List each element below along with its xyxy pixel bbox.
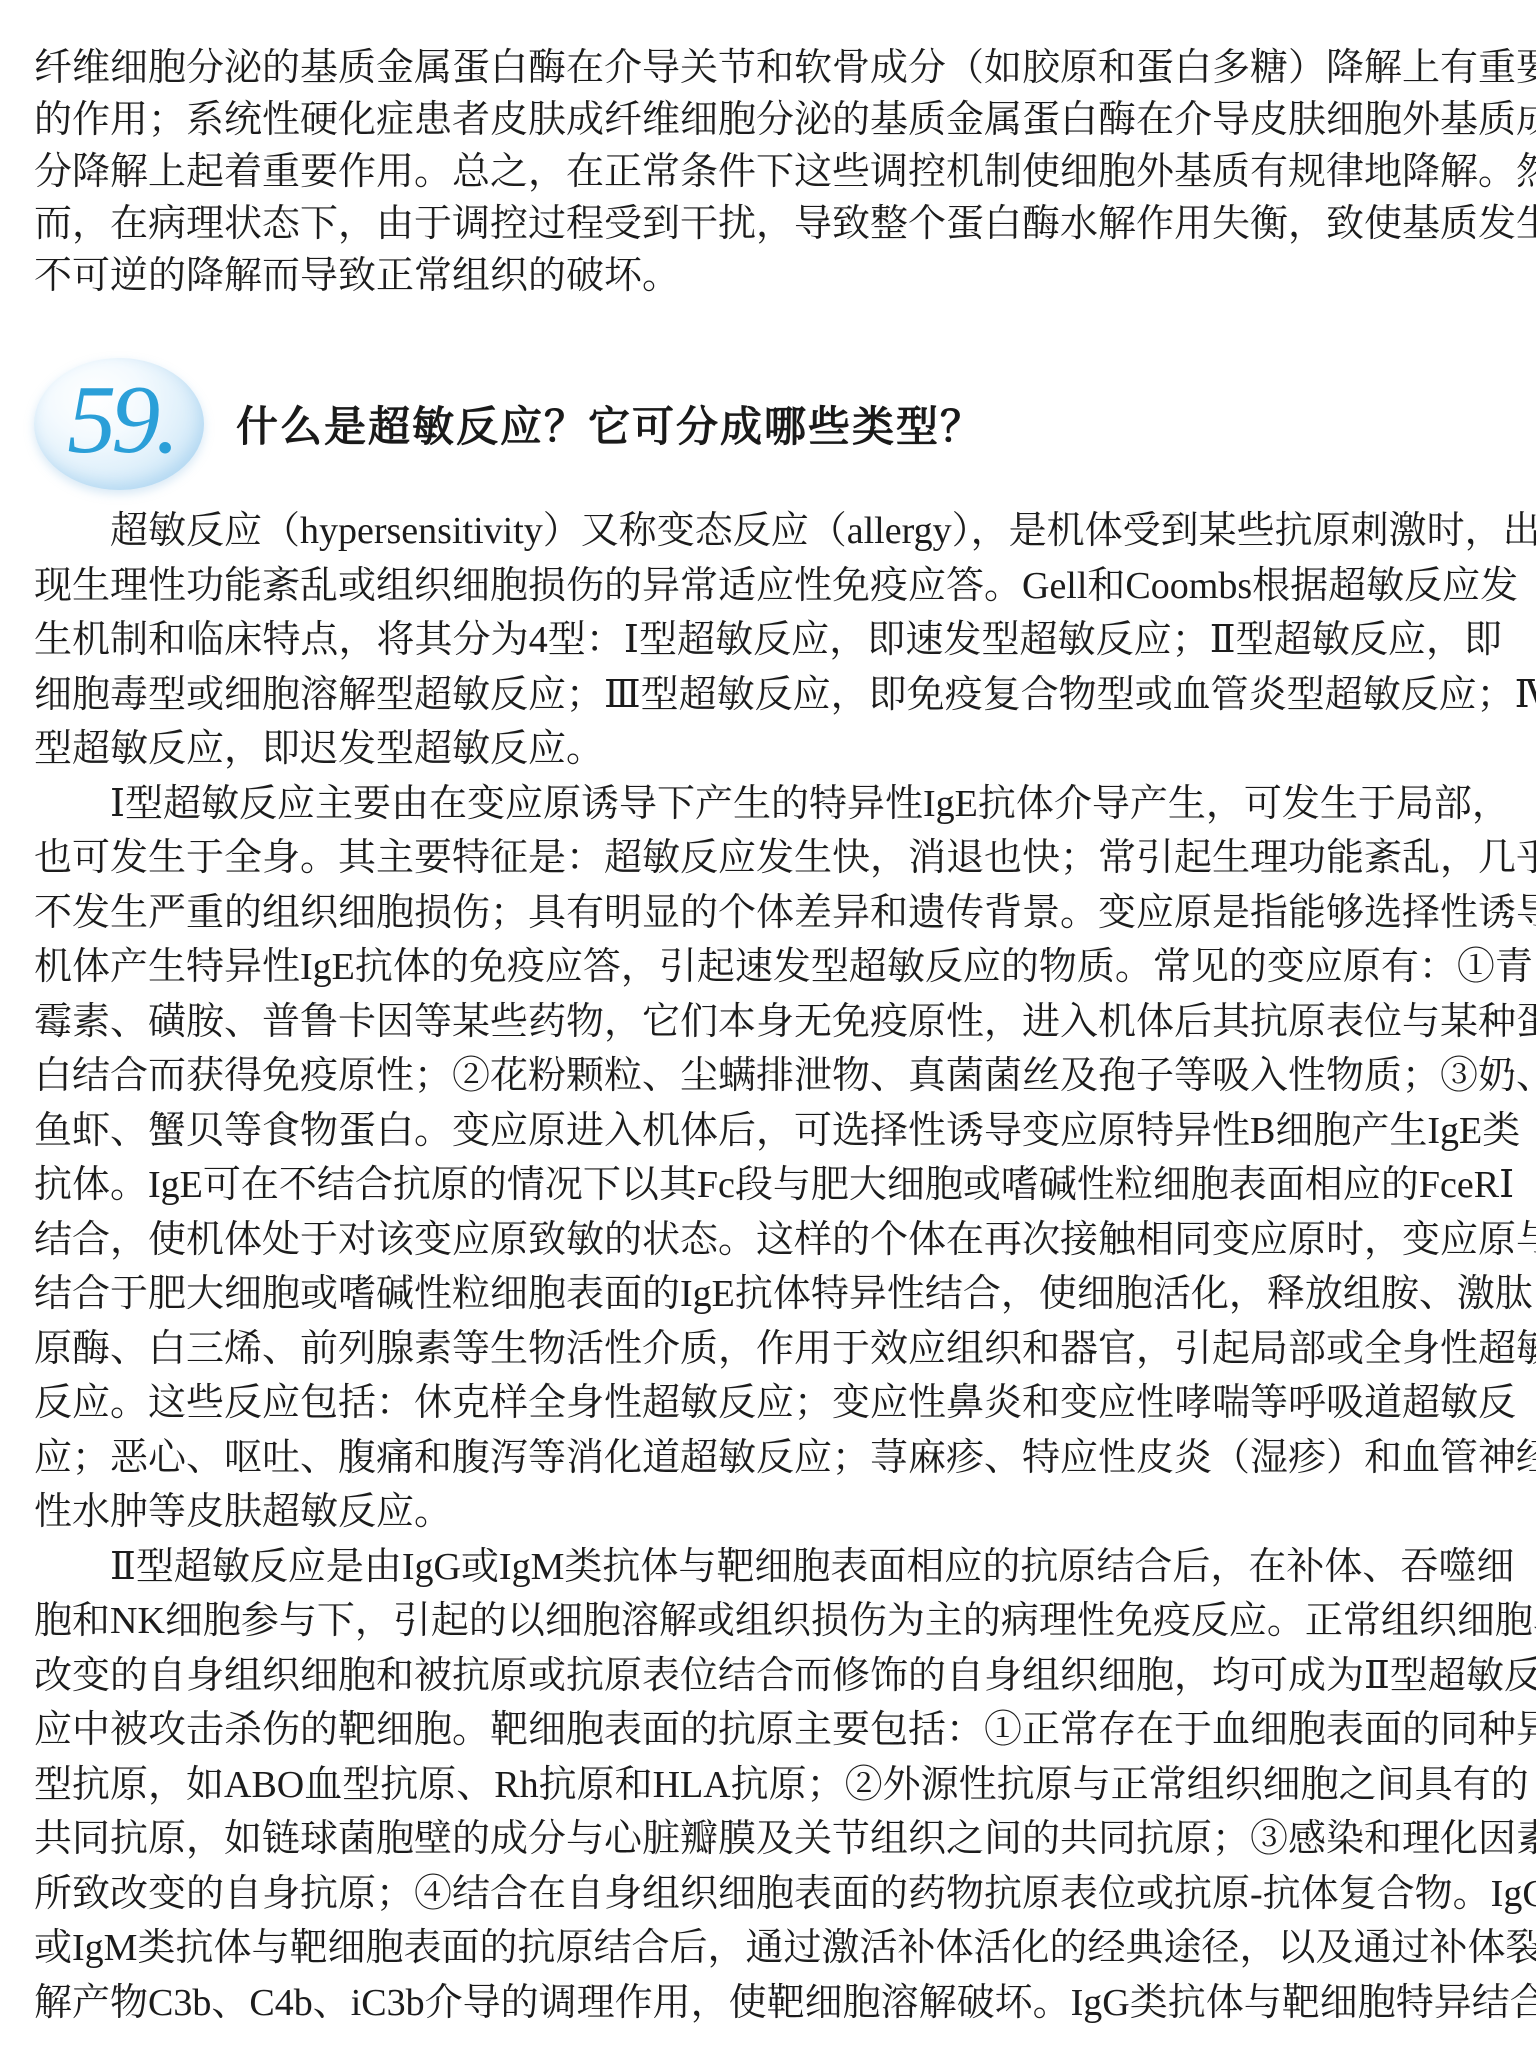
text-line: 不可逆的降解而导致正常组织的破坏。	[34, 250, 1502, 302]
text-line: 纤维细胞分泌的基质金属蛋白酶在介导关节和软骨成分（如胶原和蛋白多糖）降解上有重要	[34, 42, 1502, 94]
text-line: 应中被攻击杀伤的靶细胞。靶细胞表面的抗原主要包括：①正常存在于血细胞表面的同种异	[34, 1703, 1502, 1758]
text-line: 所致改变的自身抗原；④结合在自身组织细胞表面的药物抗原表位或抗原-抗体复合物。I…	[34, 1867, 1502, 1922]
text-line: 反应。这些反应包括：休克样全身性超敏反应；变应性鼻炎和变应性哮喘等呼吸道超敏反	[34, 1376, 1502, 1431]
text-line: 改变的自身组织细胞和被抗原或抗原表位结合而修饰的自身组织细胞，均可成为Ⅱ型超敏反	[34, 1649, 1502, 1704]
text-line: 或IgM类抗体与靶细胞表面的抗原结合后，通过激活补体活化的经典途径，以及通过补体…	[34, 1921, 1502, 1976]
text-line: 而，在病理状态下，由于调控过程受到干扰，导致整个蛋白酶水解作用失衡，致使基质发生	[34, 198, 1502, 250]
text-line: 原酶、白三烯、前列腺素等生物活性介质，作用于效应组织和器官，引起局部或全身性超敏	[34, 1322, 1502, 1377]
paragraph-hypersensitivity-overview: 超敏反应（hypersensitivity）又称变态反应（allergy），是机…	[34, 504, 1502, 777]
text-line: 抗体。IgE可在不结合抗原的情况下以其Fc段与肥大细胞或嗜碱性粒细胞表面相应的F…	[34, 1158, 1502, 1213]
text-line: 共同抗原，如链球菌胞壁的成分与心脏瓣膜及关节组织之间的共同抗原；③感染和理化因素	[34, 1812, 1502, 1867]
text-line: 不发生严重的组织细胞损伤；具有明显的个体差异和遗传背景。变应原是指能够选择性诱导	[34, 886, 1502, 941]
text-line: 结合于肥大细胞或嗜碱性粒细胞表面的IgE抗体特异性结合，使细胞活化，释放组胺、激…	[34, 1267, 1502, 1322]
question-number: 59.	[67, 364, 175, 476]
text-line: 型抗原，如ABO血型抗原、Rh抗原和HLA抗原；②外源性抗原与正常组织细胞之间具…	[34, 1758, 1502, 1813]
answer-body: 超敏反应（hypersensitivity）又称变态反应（allergy），是机…	[34, 504, 1502, 2030]
text-line: 超敏反应（hypersensitivity）又称变态反应（allergy），是机…	[34, 504, 1502, 559]
question-title: 什么是超敏反应？它可分成哪些类型？	[236, 394, 984, 454]
text-line: 的作用；系统性硬化症患者皮肤成纤维细胞分泌的基质金属蛋白酶在介导皮肤细胞外基质成	[34, 94, 1502, 146]
text-line: 细胞毒型或细胞溶解型超敏反应；Ⅲ型超敏反应，即免疫复合物型或血管炎型超敏反应；Ⅳ	[34, 668, 1502, 723]
text-line: Ⅰ型超敏反应主要由在变应原诱导下产生的特异性IgE抗体介导产生，可发生于局部，	[34, 777, 1502, 832]
text-line: 解产物C3b、C4b、iC3b介导的调理作用，使靶细胞溶解破坏。IgG类抗体与靶…	[34, 1976, 1502, 2031]
text-line: 白结合而获得免疫原性；②花粉颗粒、尘螨排泄物、真菌菌丝及孢子等吸入性物质；③奶、	[34, 1049, 1502, 1104]
book-page: 纤维细胞分泌的基质金属蛋白酶在介导关节和软骨成分（如胶原和蛋白多糖）降解上有重要…	[0, 0, 1536, 2052]
text-line: 型超敏反应，即迟发型超敏反应。	[34, 722, 1502, 777]
text-line: 机体产生特异性IgE抗体的免疫应答，引起速发型超敏反应的物质。常见的变应原有：①…	[34, 940, 1502, 995]
question-header: 59. 什么是超敏反应？它可分成哪些类型？	[34, 358, 1502, 490]
text-line: 胞和NK细胞参与下，引起的以细胞溶解或组织损伤为主的病理性免疫反应。正常组织细胞…	[34, 1594, 1502, 1649]
text-line: Ⅱ型超敏反应是由IgG或IgM类抗体与靶细胞表面相应的抗原结合后，在补体、吞噬细	[34, 1540, 1502, 1595]
text-line: 鱼虾、蟹贝等食物蛋白。变应原进入机体后，可选择性诱导变应原特异性B细胞产生IgE…	[34, 1104, 1502, 1159]
text-line: 应；恶心、呕吐、腹痛和腹泻等消化道超敏反应；荨麻疹、特应性皮炎（湿疹）和血管神经	[34, 1431, 1502, 1486]
intro-paragraph: 纤维细胞分泌的基质金属蛋白酶在介导关节和软骨成分（如胶原和蛋白多糖）降解上有重要…	[34, 42, 1502, 302]
paragraph-type-2-hypersensitivity: Ⅱ型超敏反应是由IgG或IgM类抗体与靶细胞表面相应的抗原结合后，在补体、吞噬细…	[34, 1540, 1502, 2031]
text-line: 分降解上起着重要作用。总之，在正常条件下这些调控机制使细胞外基质有规律地降解。然	[34, 146, 1502, 198]
text-line: 结合，使机体处于对该变应原致敏的状态。这样的个体在再次接触相同变应原时，变应原与	[34, 1213, 1502, 1268]
paragraph-type-1-hypersensitivity: Ⅰ型超敏反应主要由在变应原诱导下产生的特异性IgE抗体介导产生，可发生于局部，也…	[34, 777, 1502, 1540]
question-number-badge: 59.	[34, 358, 204, 490]
text-line: 性水肿等皮肤超敏反应。	[34, 1485, 1502, 1540]
text-line: 霉素、磺胺、普鲁卡因等某些药物，它们本身无免疫原性，进入机体后其抗原表位与某种蛋	[34, 995, 1502, 1050]
text-line: 也可发生于全身。其主要特征是：超敏反应发生快，消退也快；常引起生理功能紊乱，几乎	[34, 831, 1502, 886]
text-line: 生机制和临床特点，将其分为4型：Ⅰ型超敏反应，即速发型超敏反应；Ⅱ型超敏反应，即	[34, 613, 1502, 668]
text-line: 现生理性功能紊乱或组织细胞损伤的异常适应性免疫应答。Gell和Coombs根据超…	[34, 559, 1502, 614]
